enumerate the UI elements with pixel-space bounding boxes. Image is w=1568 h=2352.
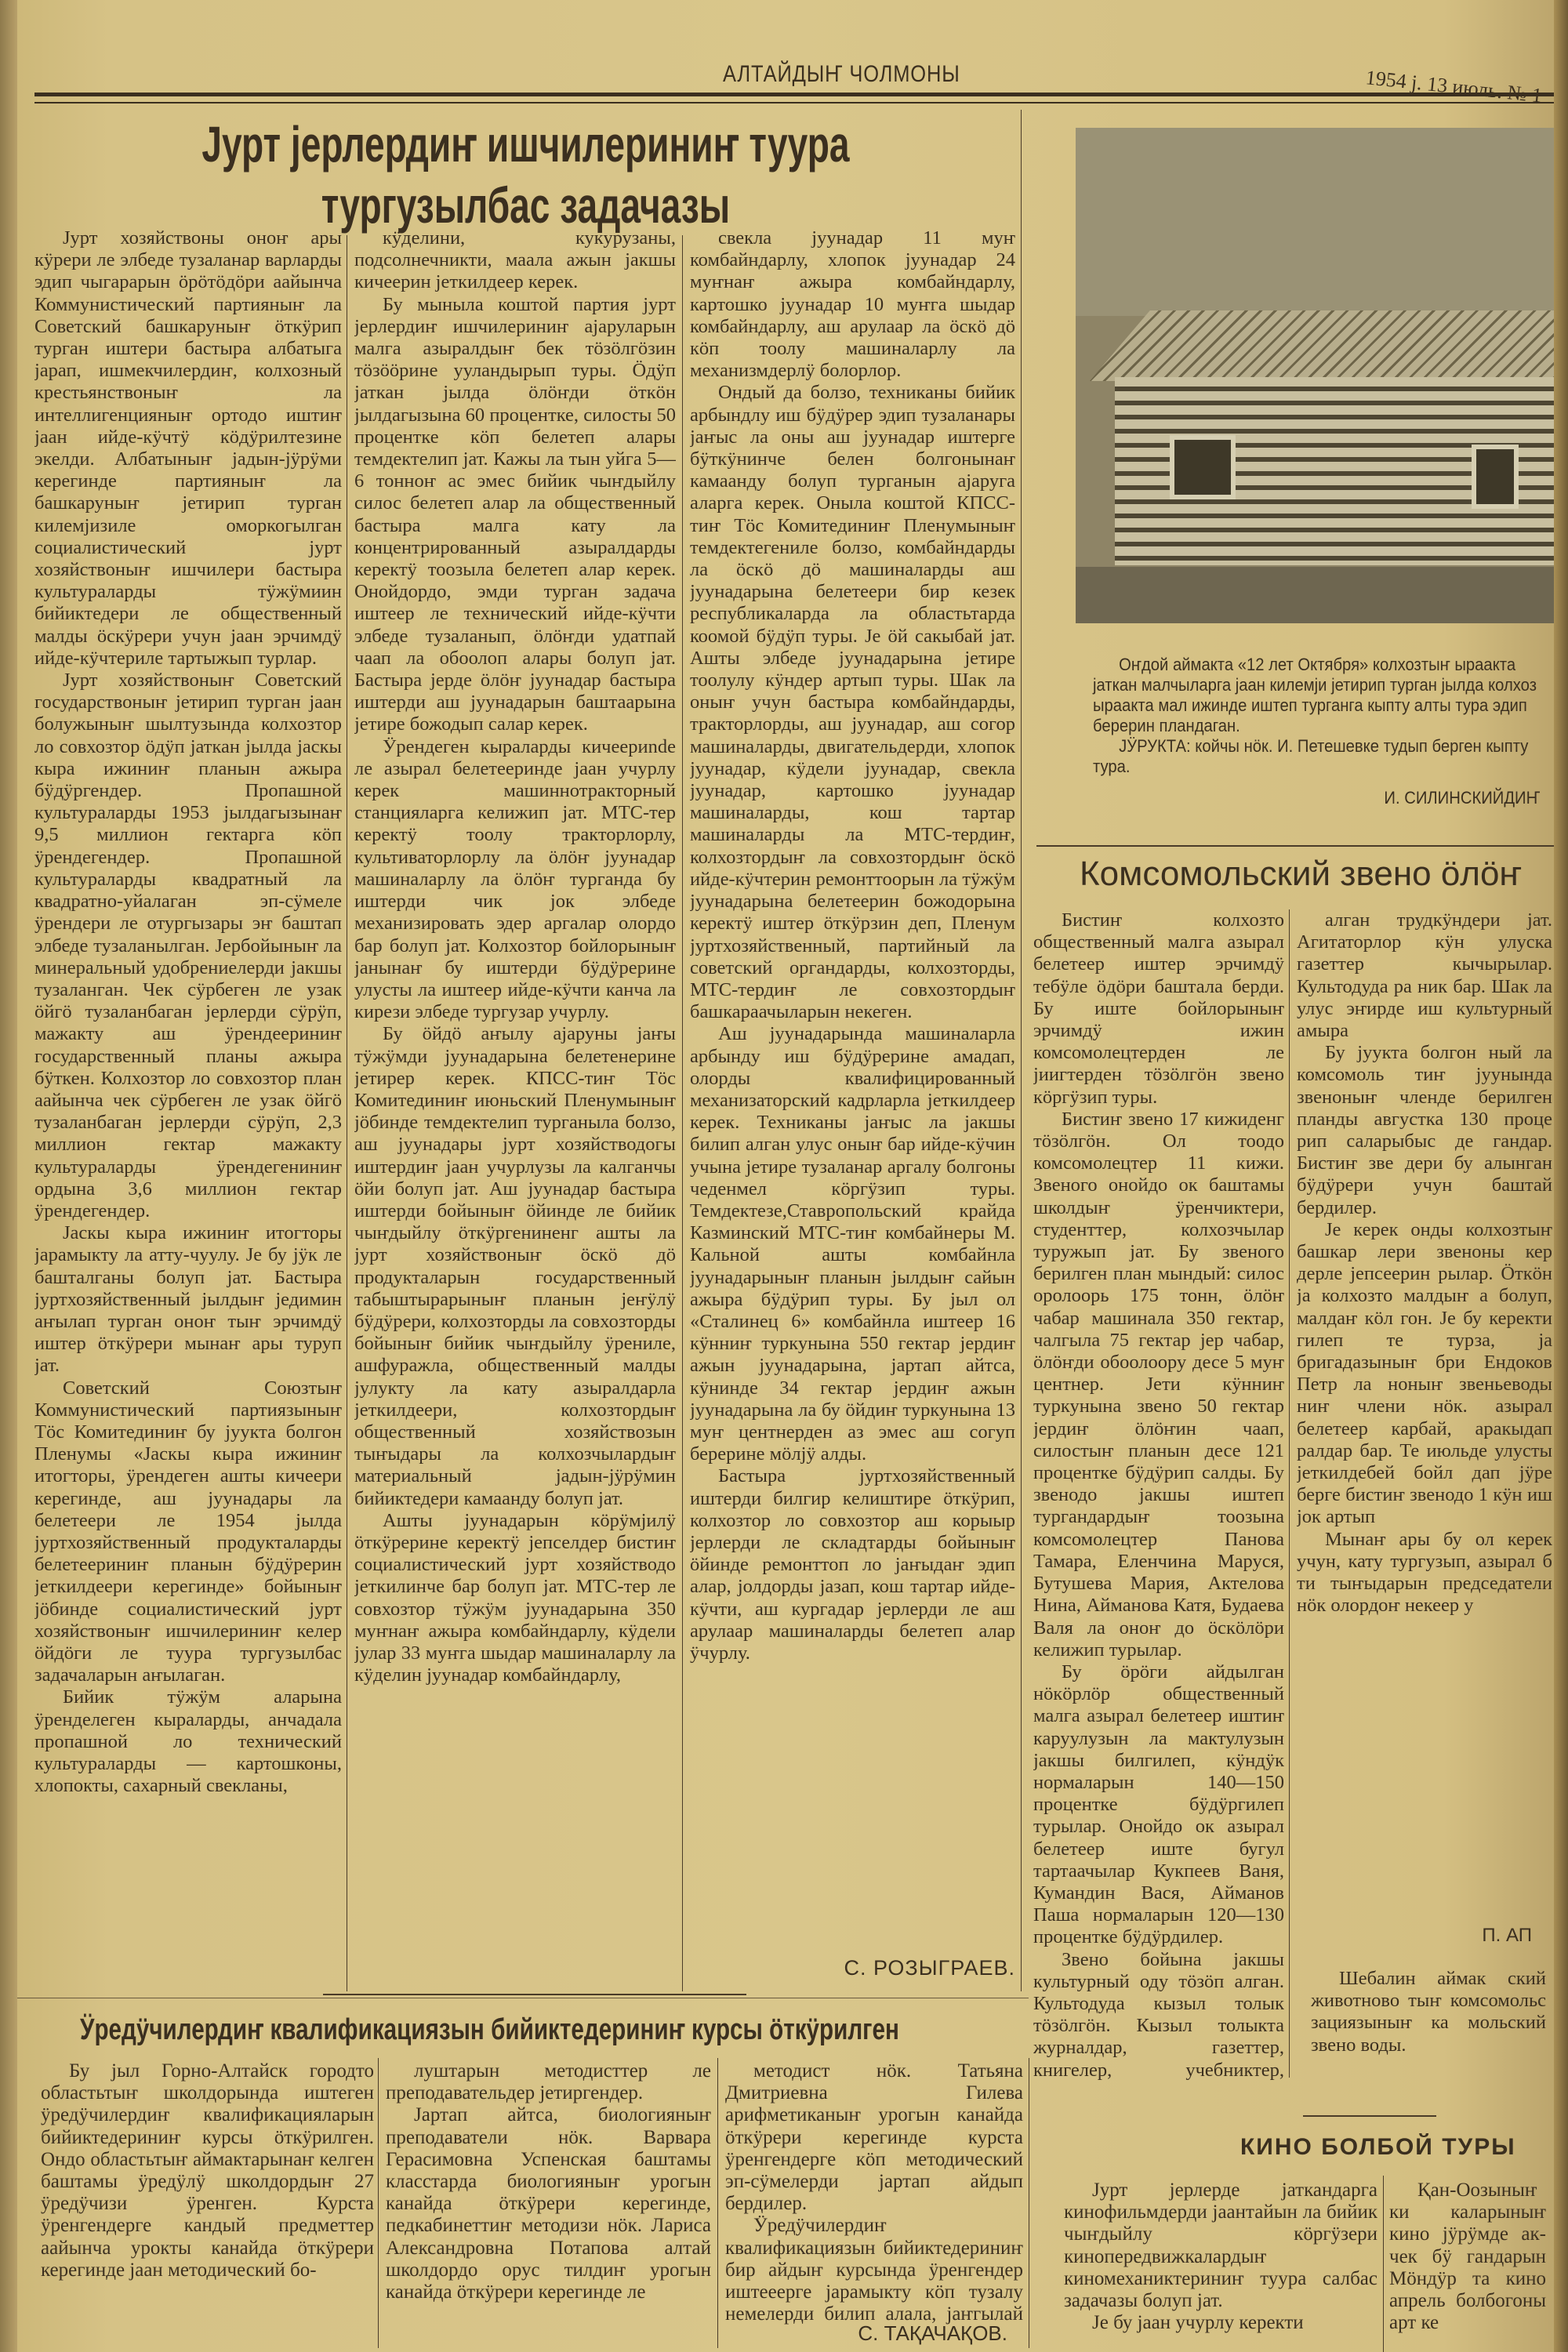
paragraph: алган трудкӱндери јат. Агитаторлор кӱн у… (1297, 909, 1552, 1042)
teachers-col1: Бу јыл Горно-Алтайск городто областьтыҥ … (41, 2060, 374, 2352)
paragraph: кӱделини, кукурузаны, подсолнечникти, ма… (354, 227, 676, 294)
editor-note: Шебалин аймак ский животново тыҥ комсомо… (1311, 1968, 1546, 2085)
komsomol-signature: П. АП (1297, 1925, 1532, 1951)
main-headline: Јурт јерлердиҥ ишчилериниҥ туура тургузы… (119, 114, 932, 236)
column-divider (1289, 909, 1290, 2078)
kino-col1: Јурт јерлерде јаткандарга кинофильмдерди… (1064, 2180, 1377, 2352)
column-divider (1029, 2058, 1029, 2348)
paragraph: Ондый да болзо, техниканы бийик арбындлу… (690, 382, 1015, 1023)
paragraph: Јурт хозяйствоныҥ Советский государствон… (34, 670, 342, 1222)
photo-ground (1076, 567, 1568, 623)
caption-text: Оҥдой аймакта «12 лет Октября» колхозтыҥ… (1093, 655, 1540, 736)
paragraph: методист нӧк. Татьяна Дмитриевна Гилева … (725, 2060, 1023, 2215)
column-divider (1383, 2176, 1384, 2352)
kino-col2: Қан-Оозыныҥ ки каларыныҥ кино јӱрӱмде ак… (1389, 2180, 1546, 2352)
teachers-headline: Ӱредӱчилердиҥ квалификациязын бийиктедер… (80, 2013, 899, 2047)
paragraph: Бу јуукта болгон ный ла комсомоль тиҥ ју… (1297, 1042, 1552, 1219)
paragraph: Бастыра јуртхозяйственный иштерди билгир… (690, 1465, 1015, 1664)
paragraph: Бу јыл Горно-Алтайск городто областьтыҥ … (41, 2060, 374, 2281)
headline-line-1: Јурт јерлердиҥ ишчилериниҥ туура (119, 114, 932, 175)
paragraph: луштарын методисттер ле преподавательдер… (386, 2060, 711, 2104)
paragraph: Ашты јуунадарын кӧрӱмјилӱ ӧткӱрерине кер… (354, 1510, 676, 1687)
paragraph: Қан-Оозыныҥ ки каларыныҥ кино јӱрӱмде ак… (1389, 2180, 1546, 2334)
photo-caption: Оҥдой аймакта «12 лет Октября» колхозтыҥ… (1093, 655, 1540, 808)
section-divider (1303, 2115, 1436, 2117)
paragraph: Бистиҥ колхозто общественный малга азыра… (1033, 909, 1284, 1109)
paragraph: Бийик тӱжӱм аларына ӱренделеген кыралард… (34, 1686, 342, 1797)
photo-log-house (1076, 128, 1568, 623)
page-edge (1554, 0, 1568, 2352)
paragraph: Јурт јерлерде јаткандарга кинофильмдерди… (1064, 2180, 1377, 2312)
paragraph: Бу мыныла коштой партия јурт јерлердиҥ и… (354, 294, 676, 736)
paragraph: Је керек онды колхозтыҥ башкар лери звен… (1297, 1219, 1552, 1529)
masthead: АЛТАЙДЫҤ ЧОЛМОНЫ 1954 ј. 13 июль. № 1 (17, 61, 1568, 93)
paragraph: Аш јуунадарында машиналарла арбынду иш б… (690, 1023, 1015, 1465)
section-divider (323, 1994, 746, 1995)
masthead-rule (34, 93, 1555, 103)
photo-credit: И. СИЛИНСКИЙДИҤ (1093, 788, 1540, 808)
main-article-col1: Јурт хозяйствоны оноҥ ары кӱрери ле элбе… (34, 227, 342, 1991)
photo-sky (1076, 128, 1568, 316)
paragraph: Јартап айтса, биологияныҥ преподаватели … (386, 2104, 711, 2303)
section-rule (17, 1998, 1029, 1998)
column-divider (682, 235, 683, 1991)
column-divider (347, 235, 347, 1991)
paragraph: Јаскы кыра ижиниҥ итогторы јарамыкту ла … (34, 1222, 342, 1377)
paragraph: Бу ӧрӧги айдылган нӧкӧрлӧр общественный … (1033, 1661, 1284, 1949)
column-divider (1021, 110, 1022, 1991)
main-article-col2: кӱделини, кукурузаны, подсолнечникти, ма… (354, 227, 676, 1991)
column-divider (717, 2058, 718, 2348)
paragraph: Бу ӧйдӧ аҥылу ајаруны јаҥы тӱжӱмди јууна… (354, 1023, 676, 1509)
main-article-signature: С. РОЗЫГРАЕВ. (690, 1957, 1015, 1984)
photo-roof (1090, 310, 1568, 381)
main-article-col3: свекла јуунадар 11 муҥ комбайндарлу, хло… (690, 227, 1015, 1952)
paragraph: Је бу јаан учурлу керекти (1064, 2312, 1377, 2334)
newspaper-page: АЛТАЙДЫҤ ЧОЛМОНЫ 1954 ј. 13 июль. № 1 Ју… (17, 0, 1568, 2352)
paragraph: Ӱрендеген кыраларды кичеериnde ле азырал… (354, 736, 676, 1024)
paragraph: Ӱредӱчилердиҥ квалификациязын бийиктедер… (725, 2215, 1023, 2327)
paragraph: Јурт хозяйствоны оноҥ ары кӱрери ле элбе… (34, 227, 342, 670)
paragraph: Звено бойына јакшы культурный оду тӧзӧп … (1033, 1949, 1284, 2082)
paragraph: Бистиҥ звено 17 кижиденг тӧзӧлгӧн. Ол то… (1033, 1109, 1284, 1661)
photo-window (1472, 445, 1519, 509)
section-divider (1036, 845, 1554, 847)
komsomol-col2: алган трудкӱндери јат. Агитаторлор кӱн у… (1297, 909, 1552, 1882)
teachers-signature: С. ТАҚАЧАҚОВ. (725, 2322, 1007, 2349)
komsomol-col1: Бистиҥ колхозто общественный малга азыра… (1033, 909, 1284, 2082)
kino-headline: КИНО БОЛБОЙ ТУРЫ (1240, 2134, 1516, 2161)
teachers-col3: методист нӧк. Татьяна Дмитриевна Гилева … (725, 2060, 1023, 2327)
editor-note-text: Шебалин аймак ский животново тыҥ комсомо… (1311, 1968, 1546, 2056)
paragraph: Советский Союзтыҥ Коммунистический парти… (34, 1377, 342, 1687)
komsomol-headline: Комсомольский звено ӧлӧҥ (1080, 855, 1522, 894)
newspaper-title: АЛТАЙДЫҤ ЧОЛМОНЫ (723, 61, 960, 88)
paragraph: Мынаҥ ары бу ол керек учун, кату тургузы… (1297, 1529, 1552, 1617)
caption-subtext: ЈӰРУКТА: койчы нӧк. И. Петешевке тудып б… (1093, 736, 1540, 777)
page-binding (0, 0, 17, 2352)
teachers-col2: луштарын методисттер ле преподавательдер… (386, 2060, 711, 2352)
paragraph: свекла јуунадар 11 муҥ комбайндарлу, хло… (690, 227, 1015, 382)
photo-window (1170, 435, 1236, 499)
column-divider (378, 2058, 379, 2348)
